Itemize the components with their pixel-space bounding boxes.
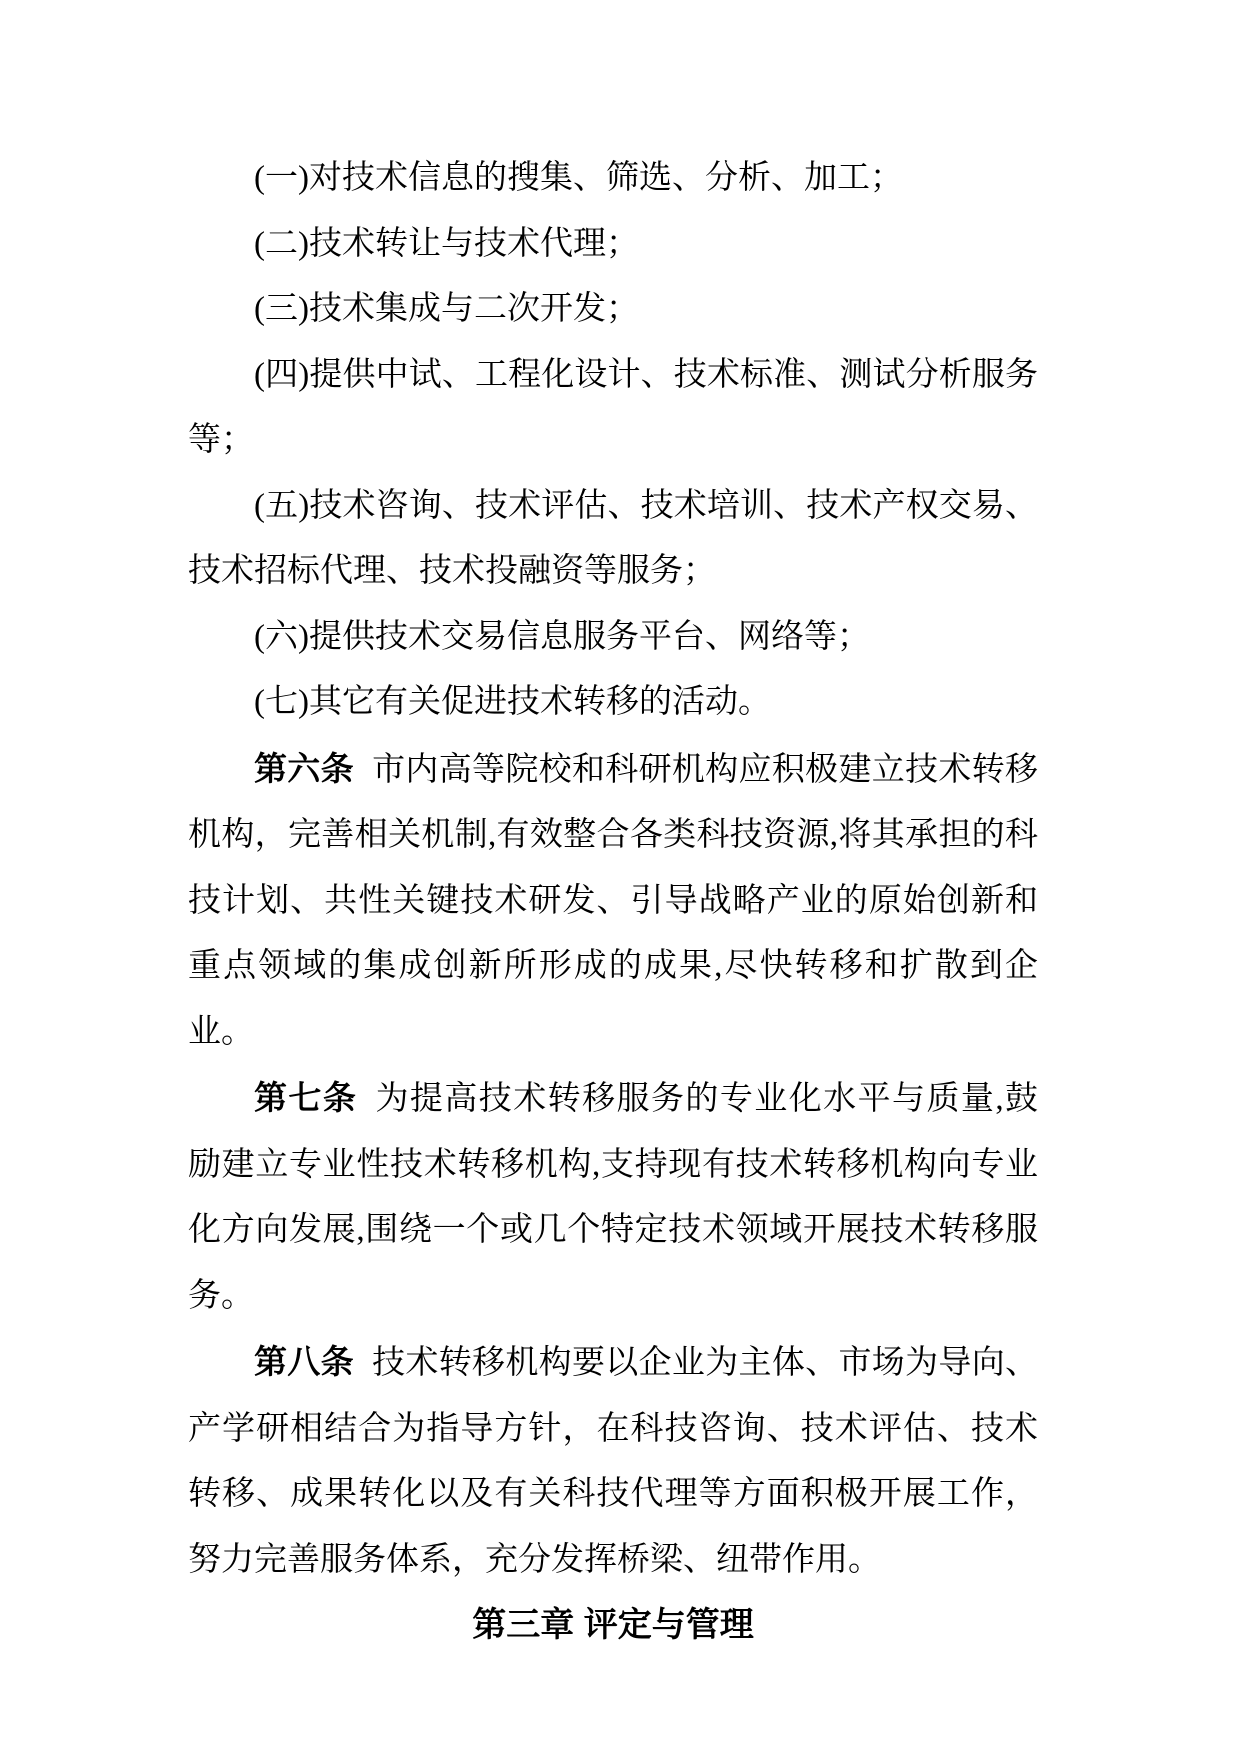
article-text-6: 市内高等院校和科研机构应积极建立技术转移机构，完善相关机制,有效整合各类科技资源… — [188, 752, 1038, 1050]
article-number-6: 第六条 — [254, 750, 354, 787]
article-number-7: 第七条 — [254, 1079, 357, 1116]
list-item-2: (二)技术转让与技术代理； — [188, 212, 1038, 278]
article-number-8: 第八条 — [254, 1343, 354, 1380]
list-item-5: (五)技术咨询、技术评估、技术培训、技术产权交易、技术招标代理、技术投融资等服务… — [188, 474, 1038, 605]
document-content: (一)对技术信息的搜集、筛选、分析、加工； (二)技术转让与技术代理； (三)技… — [188, 146, 1038, 1659]
article-paragraph-7: 第七条为提高技术转移服务的专业化水平与质量,鼓励建立专业性技术转移机构,支持现有… — [188, 1065, 1038, 1329]
list-item-1: (一)对技术信息的搜集、筛选、分析、加工； — [188, 146, 1038, 212]
document-page: (一)对技术信息的搜集、筛选、分析、加工； (二)技术转让与技术代理； (三)技… — [0, 0, 1241, 1754]
article-paragraph-6: 第六条市内高等院校和科研机构应积极建立技术转移机构，完善相关机制,有效整合各类科… — [188, 736, 1038, 1066]
list-item-3: (三)技术集成与二次开发； — [188, 277, 1038, 343]
article-paragraph-8: 第八条技术转移机构要以企业为主体、市场为导向、产学研相结合为指导方针，在科技咨询… — [188, 1329, 1038, 1593]
list-item-4: (四)提供中试、工程化设计、技术标准、测试分析服务等； — [188, 343, 1038, 474]
chapter-heading: 第三章 评定与管理 — [188, 1593, 1038, 1659]
list-item-7: (七)其它有关促进技术转移的活动。 — [188, 670, 1038, 736]
list-item-6: (六)提供技术交易信息服务平台、网络等； — [188, 605, 1038, 671]
